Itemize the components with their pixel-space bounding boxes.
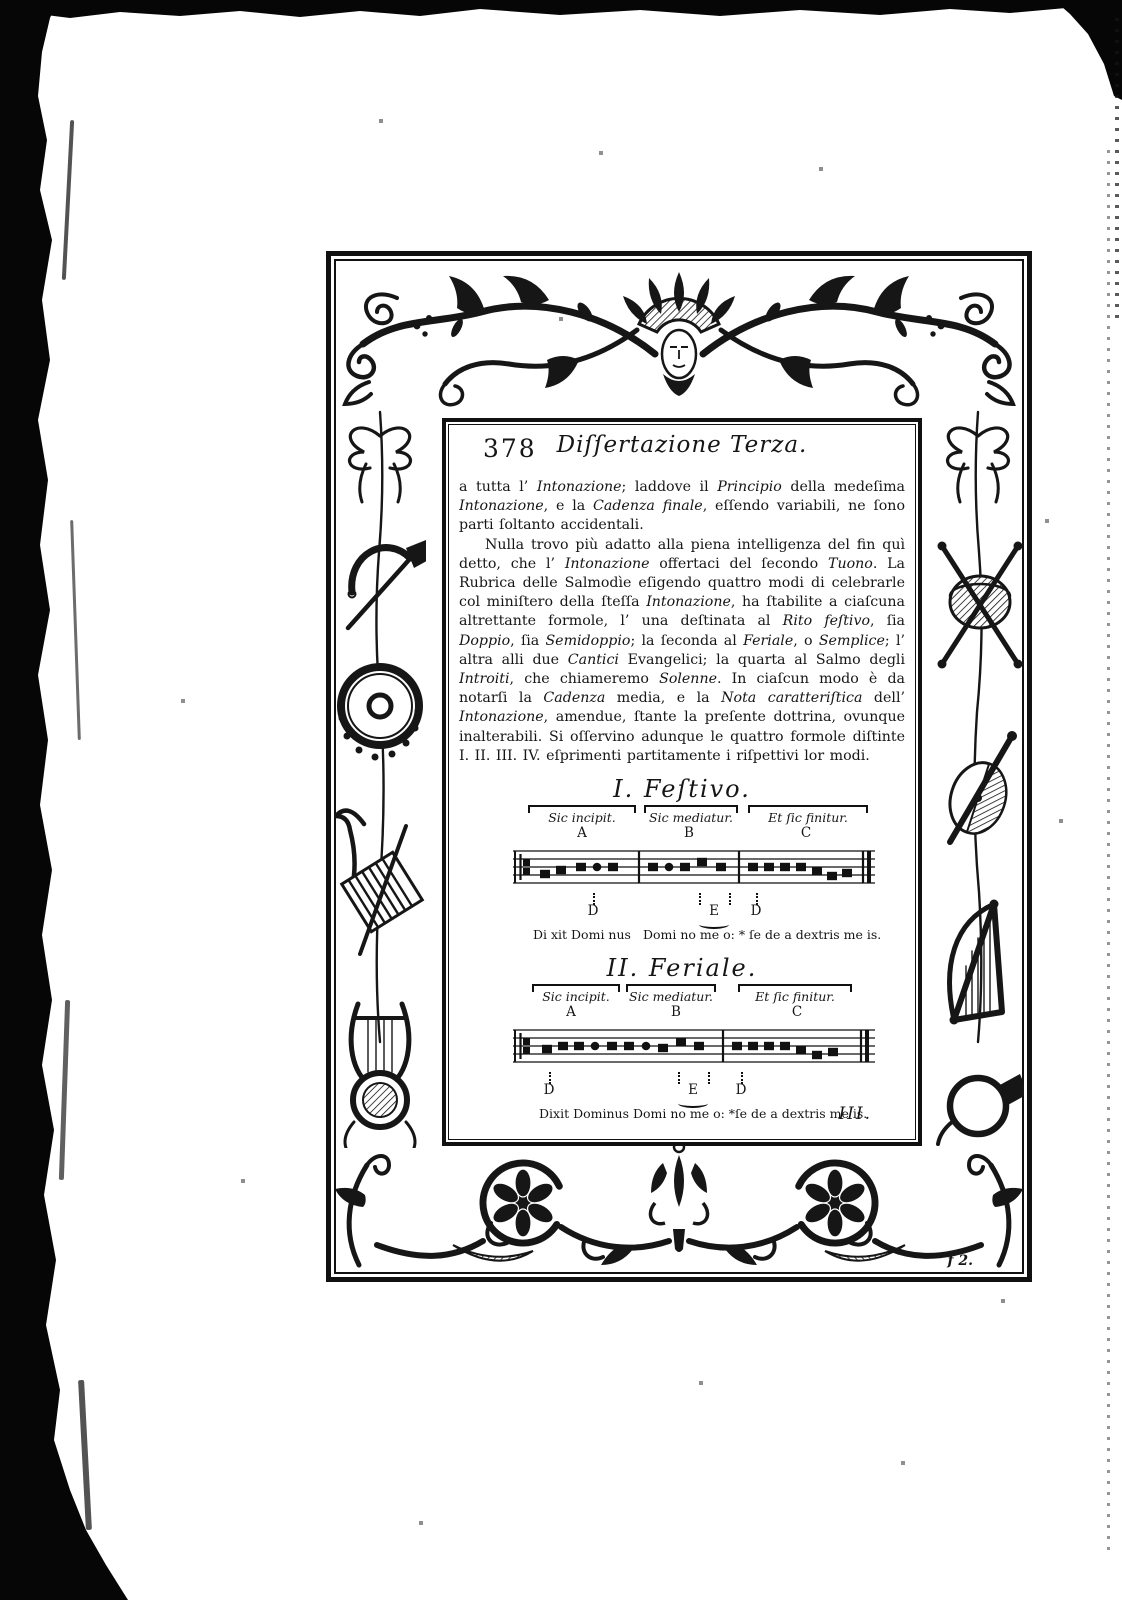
text-segment: , che chiameremo (510, 671, 660, 687)
phrase-label: Sic incipit. (533, 989, 619, 1004)
cadence-letter: D (544, 1082, 555, 1098)
phrase-label: Sic mediatur. (645, 810, 737, 825)
italic-text-segment: Cadenza finale (593, 498, 703, 514)
section-letter: B (684, 825, 694, 841)
phrase-bracket: Et ſic finitur. (749, 805, 867, 815)
feriale-section: II. Feriale. Sic incipit.Sic mediatur.Et… (459, 954, 905, 1124)
section-heading-festivo: I. Feſtivo. (459, 775, 905, 803)
italic-text-segment: Nota caratteriſtica (721, 690, 862, 706)
italic-text-segment: Intonazione (646, 594, 731, 610)
italic-text-segment: Rito feſtivo (783, 613, 870, 629)
lyric-text: Di xit Domi nus (533, 927, 631, 942)
text-segment: dell’ (862, 690, 905, 706)
italic-text-segment: Intonazione (459, 498, 544, 514)
lyrics-row: Di xit Domi nusDomi no me o: *ſe de a de… (509, 927, 889, 943)
catchword: III. (838, 1104, 872, 1124)
dust-specks (0, 0, 2, 2)
text-panel: 378 Diſſertazione Terza. a tutta l’ Into… (442, 418, 922, 1146)
page-edge-speckle (1115, 18, 1119, 318)
text-segment: della medeſima (782, 479, 905, 495)
text-segment: , e la (544, 498, 593, 514)
floral-scrollwork-ornament-icon (333, 1137, 1025, 1271)
music-example-feriale: Sic incipit.Sic mediatur.Et ſic finitur.… (509, 984, 889, 1124)
section-heading-feriale: II. Feriale. (459, 954, 905, 982)
text-segment: ; laddove il (622, 479, 718, 495)
mask-face-icon (623, 272, 735, 396)
italic-text-segment: Cadenza (543, 690, 605, 706)
cadence-letter: D (588, 903, 599, 919)
paragraph: a tutta l’ Intonazione; laddove il Princ… (459, 478, 905, 536)
guide-dotted-line (678, 1072, 680, 1084)
phrase-bracket: Sic incipit. (529, 805, 635, 815)
text-segment: ; la ſeconda al (630, 633, 743, 649)
paragraph: Nulla trovo più adatto alla piena intell… (459, 536, 905, 766)
italic-text-segment: Semidoppio (545, 633, 630, 649)
instrument-trophy-left-icon (334, 406, 426, 1148)
italic-text-segment: Semplice (819, 633, 885, 649)
cadence-letter: D (736, 1082, 747, 1098)
italic-text-segment: Tuono (828, 556, 873, 572)
text-segment: media, e la (605, 690, 721, 706)
phrase-label: Et ſic finitur. (749, 810, 867, 825)
lyric-text: Dixit Dominus Domi no me o: * (539, 1106, 735, 1121)
italic-text-segment: Doppio (459, 633, 510, 649)
text-segment: , ſia (870, 613, 905, 629)
italic-text-segment: Introiti (459, 671, 510, 687)
text-segment: , ſia (510, 633, 545, 649)
text-segment: Evangelici; la quarta al Salmo degli (619, 652, 905, 668)
gutter-streak (70, 520, 81, 740)
phrase-labels-row: Sic incipit.Sic mediatur.Et ſic finitur.… (509, 805, 889, 841)
section-letter: A (577, 825, 587, 841)
phrase-labels-row: Sic incipit.Sic mediatur.Et ſic finitur.… (509, 984, 889, 1020)
section-letter: C (792, 1004, 802, 1020)
phrase-bracket: Sic mediatur. (627, 984, 715, 994)
text-segment: a tutta l’ (459, 479, 537, 495)
text-segment: , o (793, 633, 819, 649)
phrase-label: Et ſic finitur. (739, 989, 851, 1004)
gutter-streak (59, 1000, 70, 1180)
guide-dotted-line (729, 893, 731, 905)
lyric-text: Domi no me o: * (643, 927, 745, 942)
phrase-label: Sic mediatur. (627, 989, 715, 1004)
italic-text-segment: Solenne (659, 671, 717, 687)
instrument-trophy-right-icon (932, 406, 1024, 1148)
plainchant-staff (509, 841, 877, 893)
phrase-bracket: Sic mediatur. (645, 805, 737, 815)
phrase-label: Sic incipit. (529, 810, 635, 825)
signature-mark: f 2. (947, 1253, 973, 1269)
running-title: Diſſertazione Terza. (459, 432, 905, 458)
gutter-streak (62, 120, 74, 280)
text-segment: offertaci del ſecondo (649, 556, 828, 572)
text-panel-content: 378 Diſſertazione Terza. a tutta l’ Into… (459, 430, 905, 1134)
section-letter: B (671, 1004, 681, 1020)
guide-dotted-line (708, 1072, 710, 1084)
engraved-border-frame: 378 Diſſertazione Terza. a tutta l’ Into… (326, 251, 1032, 1282)
festivo-section: I. Feſtivo. Sic incipit.Sic mediatur.Et … (459, 775, 905, 945)
section-letter: C (801, 825, 811, 841)
italic-text-segment: Principio (717, 479, 782, 495)
body-text: a tutta l’ Intonazione; laddove il Princ… (459, 478, 905, 766)
italic-text-segment: Feriale (743, 633, 793, 649)
scanned-book-page: 378 Diſſertazione Terza. a tutta l’ Into… (0, 0, 1122, 1600)
lyrics-row: Dixit Dominus Domi no me o: *ſe de a dex… (509, 1106, 889, 1122)
gutter-streak (78, 1380, 92, 1530)
section-letter: A (566, 1004, 576, 1020)
phrase-bracket: Et ſic finitur. (739, 984, 851, 994)
italic-text-segment: Intonazione (565, 556, 650, 572)
cadence-letters-row: DED (509, 1072, 889, 1106)
central-palmette-icon (650, 1142, 707, 1252)
music-example-festivo: Sic incipit.Sic mediatur.Et ſic finitur.… (509, 805, 889, 945)
phrase-bracket: Sic incipit. (533, 984, 619, 994)
cadence-letters-row: DED (509, 893, 889, 927)
guide-dotted-line (699, 893, 701, 905)
cadence-letter: D (751, 903, 762, 919)
cadence-letter: E (688, 1082, 698, 1098)
page-header: 378 Diſſertazione Terza. (459, 432, 905, 472)
acanthus-mask-ornament-icon (333, 262, 1025, 410)
plainchant-staff (509, 1020, 877, 1072)
lyric-text: ſe de a dextris me is. (749, 927, 881, 942)
italic-text-segment: Intonazione (459, 709, 544, 725)
page-edge-speckle (1107, 150, 1110, 1550)
italic-text-segment: Intonazione (537, 479, 622, 495)
italic-text-segment: Cantici (568, 652, 619, 668)
page-edge-shadow-top (0, 0, 1070, 24)
cadence-letter: E (709, 903, 719, 919)
page-edge-shadow-left (0, 0, 160, 1600)
page-edge-shadow-corner (1032, 0, 1122, 115)
